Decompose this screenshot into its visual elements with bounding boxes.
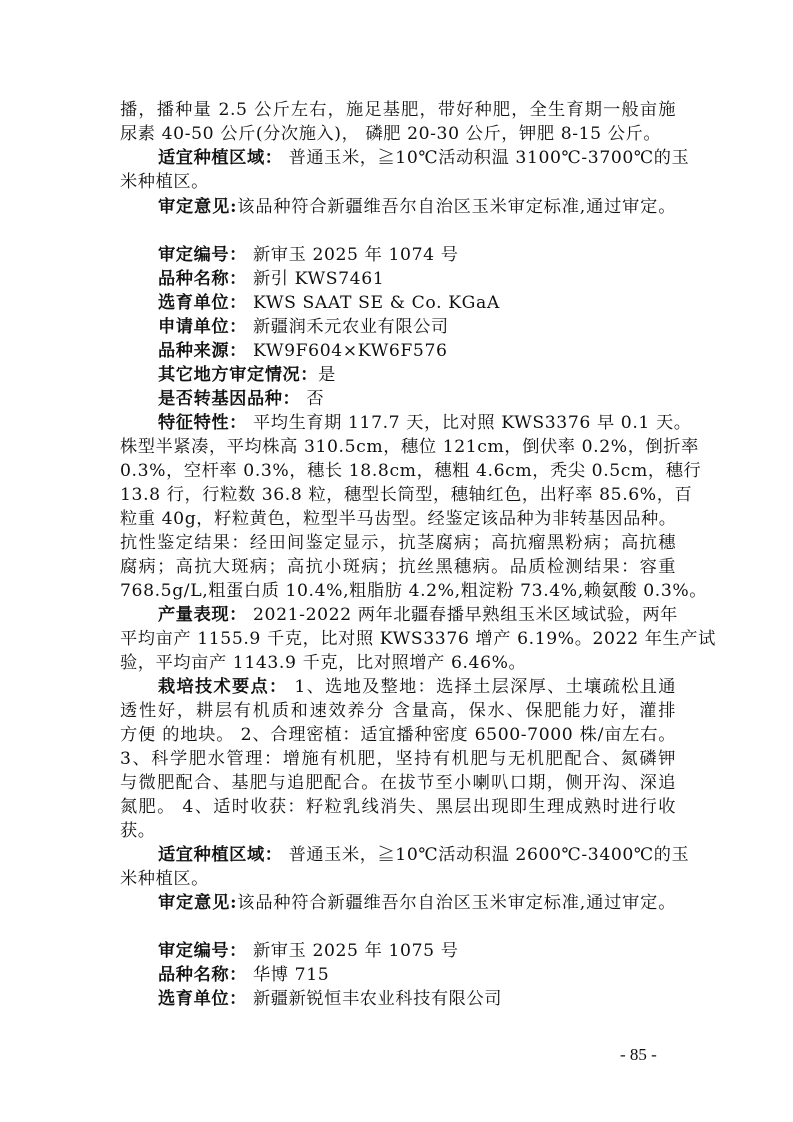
text-line: 播，播种量 2.5 公斤左右，施足基肥，带好种肥，全生育期一般亩施 [120,98,676,122]
paragraph-text: 尿素 40-50 公斤(分次施入)， 磷肥 20-30 公斤，钾肥 8-15 公… [120,124,661,144]
paragraph-text: 米种植区。 [120,172,209,192]
paragraph-text: 768.5g/L,粗蛋白质 10.4%,粗脂肪 4.2%,粗淀粉 73.4%,赖… [120,581,707,601]
text-line: 获。 [120,819,676,843]
field-value: KW9F604×KW6F576 [247,341,448,361]
text-line: 氮肥。 4、适时收获：籽粒乳线消失、黑层出现即生理成熟时进行收 [120,795,676,819]
field-line: 申请单位： 新疆润禾元农业有限公司 [158,315,676,339]
field-line: 选育单位： KWS SAAT SE & Co. KGaA [158,291,676,315]
paragraph-text: 方便 的地块。 2、合理密植：适宜播种密度 6500-7000 株/亩左右。 [120,725,676,745]
paragraph-text: 抗性鉴定结果：经田间鉴定显示，抗茎腐病；高抗瘤黑粉病；高抗穗 [120,533,676,553]
field-value: 平均生育期 117.7 天，比对照 KWS3376 早 0.1 天。 [247,413,692,433]
field-value: 该品种符合新疆维吾尔自治区玉米审定标准,通过审定。 [237,893,676,913]
field-value: KWS SAAT SE & Co. KGaA [247,293,500,313]
text-line: 0.3%，空杆率 0.3%，穗长 18.8cm，穗粗 4.6cm，秃尖 0.5c… [120,459,676,483]
field-value: 否 [300,389,324,409]
field-value: 普通玉米，≧10℃活动积温 2600℃-3400℃的玉 [283,845,690,865]
field-label: 品种来源： [158,341,247,361]
paragraph-text: 腐病；高抗大斑病；高抗小斑病；抗丝黑穗病。品质检测结果：容重 [120,557,676,577]
field-label: 选育单位： [158,293,247,313]
field-label: 审定意见: [158,893,237,913]
text-line: 768.5g/L,粗蛋白质 10.4%,粗脂肪 4.2%,粗淀粉 73.4%,赖… [120,579,676,603]
field-label: 特征特性： [158,413,247,433]
field-label: 适宜种植区域： [158,845,283,865]
text-line: 腐病；高抗大斑病；高抗小斑病；抗丝黑穗病。品质检测结果：容重 [120,555,676,579]
paragraph-text: 透性好，耕层有机质和速效养分 含量高，保水、保肥能力好，灌排 [120,701,676,721]
field-line: 是否转基因品种： 否 [158,387,676,411]
text-line: 透性好，耕层有机质和速效养分 含量高，保水、保肥能力好，灌排 [120,699,676,723]
text-line: 米种植区。 [120,170,676,194]
document-page: 播，播种量 2.5 公斤左右，施足基肥，带好种肥，全生育期一般亩施尿素 40-5… [0,0,793,1122]
page-number: - 85 - [620,1043,657,1067]
text-line: 抗性鉴定结果：经田间鉴定显示，抗茎腐病；高抗瘤黑粉病；高抗穗 [120,531,676,555]
paragraph-text: 氮肥。 4、适时收获：籽粒乳线消失、黑层出现即生理成熟时进行收 [120,797,676,817]
field-line: 品种名称： 新引 KWS7461 [158,267,676,291]
field-label: 适宜种植区域： [158,148,283,168]
paragraph-text: 与微肥配合、基肥与追肥配合。在拔节至小喇叭口期，侧开沟、深追 [120,773,676,793]
field-label: 品种名称： [158,965,247,985]
text-line: 方便 的地块。 2、合理密植：适宜播种密度 6500-7000 株/亩左右。 [120,723,676,747]
field-line: 审定编号： 新审玉 2025 年 1074 号 [158,243,676,267]
field-value: 是 [318,365,336,385]
paragraph-text: 获。 [120,821,156,841]
field-line: 特征特性： 平均生育期 117.7 天，比对照 KWS3376 早 0.1 天。 [158,411,676,435]
field-label: 栽培技术要点： [158,677,288,697]
field-line: 品种来源： KW9F604×KW6F576 [158,339,676,363]
text-line: 验，平均亩产 1143.9 千克，比对照增产 6.46%。 [120,651,676,675]
field-value: 1、选地及整地：选择土层深厚、土壤疏松且通 [288,677,676,697]
field-label: 审定编号： [158,941,247,961]
paragraph-text: 3、科学肥水管理：增施有机肥，坚持有机肥与无机肥配合、氮磷钾 [120,749,676,769]
paragraph-text: 播，播种量 2.5 公斤左右，施足基肥，带好种肥，全生育期一般亩施 [120,100,676,120]
field-line: 栽培技术要点： 1、选地及整地：选择土层深厚、土壤疏松且通 [158,675,676,699]
field-line: 品种名称： 华博 715 [158,963,676,987]
text-line: 3、科学肥水管理：增施有机肥，坚持有机肥与无机肥配合、氮磷钾 [120,747,676,771]
field-label: 产量表现： [158,605,247,625]
field-value: 新审玉 2025 年 1075 号 [247,941,459,961]
field-line: 选育单位： 新疆新锐恒丰农业科技有限公司 [158,987,676,1011]
text-line: 株型半紧凑，平均株高 310.5cm，穗位 121cm，倒伏率 0.2%，倒折率 [120,435,676,459]
paragraph-text: 粒重 40g，籽粒黄色，粒型半马齿型。经鉴定该品种为非转基因品种。 [120,509,677,529]
paragraph-text: 米种植区。 [120,869,209,889]
field-line: 其它地方审定情况：是 [158,363,676,387]
paragraph-text: 0.3%，空杆率 0.3%，穗长 18.8cm，穗粗 4.6cm，秃尖 0.5c… [120,461,701,481]
field-value: 华博 715 [247,965,329,985]
field-label: 其它地方审定情况： [158,365,318,385]
text-line: 米种植区。 [120,867,676,891]
field-value: 2021-2022 两年北疆春播早熟组玉米区域试验，两年 [247,605,678,625]
field-line: 审定编号： 新审玉 2025 年 1075 号 [158,939,676,963]
field-value: 新审玉 2025 年 1074 号 [247,245,459,265]
field-line: 适宜种植区域： 普通玉米，≧10℃活动积温 3100℃-3700℃的玉 [158,146,676,170]
field-value: 新引 KWS7461 [247,269,384,289]
field-line: 审定意见:该品种符合新疆维吾尔自治区玉米审定标准,通过审定。 [158,195,676,219]
text-line: 尿素 40-50 公斤(分次施入)， 磷肥 20-30 公斤，钾肥 8-15 公… [120,122,676,146]
field-label: 品种名称： [158,269,247,289]
field-label: 审定意见: [158,197,237,217]
field-label: 是否转基因品种： [158,389,300,409]
text-line: 与微肥配合、基肥与追肥配合。在拔节至小喇叭口期，侧开沟、深追 [120,771,676,795]
field-value: 新疆新锐恒丰农业科技有限公司 [247,989,502,1009]
paragraph-text: 验，平均亩产 1143.9 千克，比对照增产 6.46%。 [120,653,526,673]
text-line: 平均亩产 1155.9 千克，比对照 KWS3376 增产 6.19%。2022… [120,627,676,651]
field-label: 审定编号： [158,245,247,265]
field-value: 该品种符合新疆维吾尔自治区玉米审定标准,通过审定。 [237,197,676,217]
paragraph-text: 13.8 行，行粒数 36.8 粒，穗型长筒型，穗轴红色，出籽率 85.6%，百 [120,485,692,505]
text-line: 13.8 行，行粒数 36.8 粒，穗型长筒型，穗轴红色，出籽率 85.6%，百 [120,483,676,507]
text-line: 粒重 40g，籽粒黄色，粒型半马齿型。经鉴定该品种为非转基因品种。 [120,507,676,531]
field-value: 新疆润禾元农业有限公司 [247,317,449,337]
field-value: 普通玉米，≧10℃活动积温 3100℃-3700℃的玉 [283,148,690,168]
paragraph-text: 株型半紧凑，平均株高 310.5cm，穗位 121cm，倒伏率 0.2%，倒折率 [120,437,699,457]
paragraph-text: 平均亩产 1155.9 千克，比对照 KWS3376 增产 6.19%。2022… [120,629,716,649]
field-label: 申请单位： [158,317,247,337]
field-line: 适宜种植区域： 普通玉米，≧10℃活动积温 2600℃-3400℃的玉 [158,843,676,867]
field-line: 产量表现： 2021-2022 两年北疆春播早熟组玉米区域试验，两年 [158,603,676,627]
field-label: 选育单位： [158,989,247,1009]
field-line: 审定意见:该品种符合新疆维吾尔自治区玉米审定标准,通过审定。 [158,891,676,915]
